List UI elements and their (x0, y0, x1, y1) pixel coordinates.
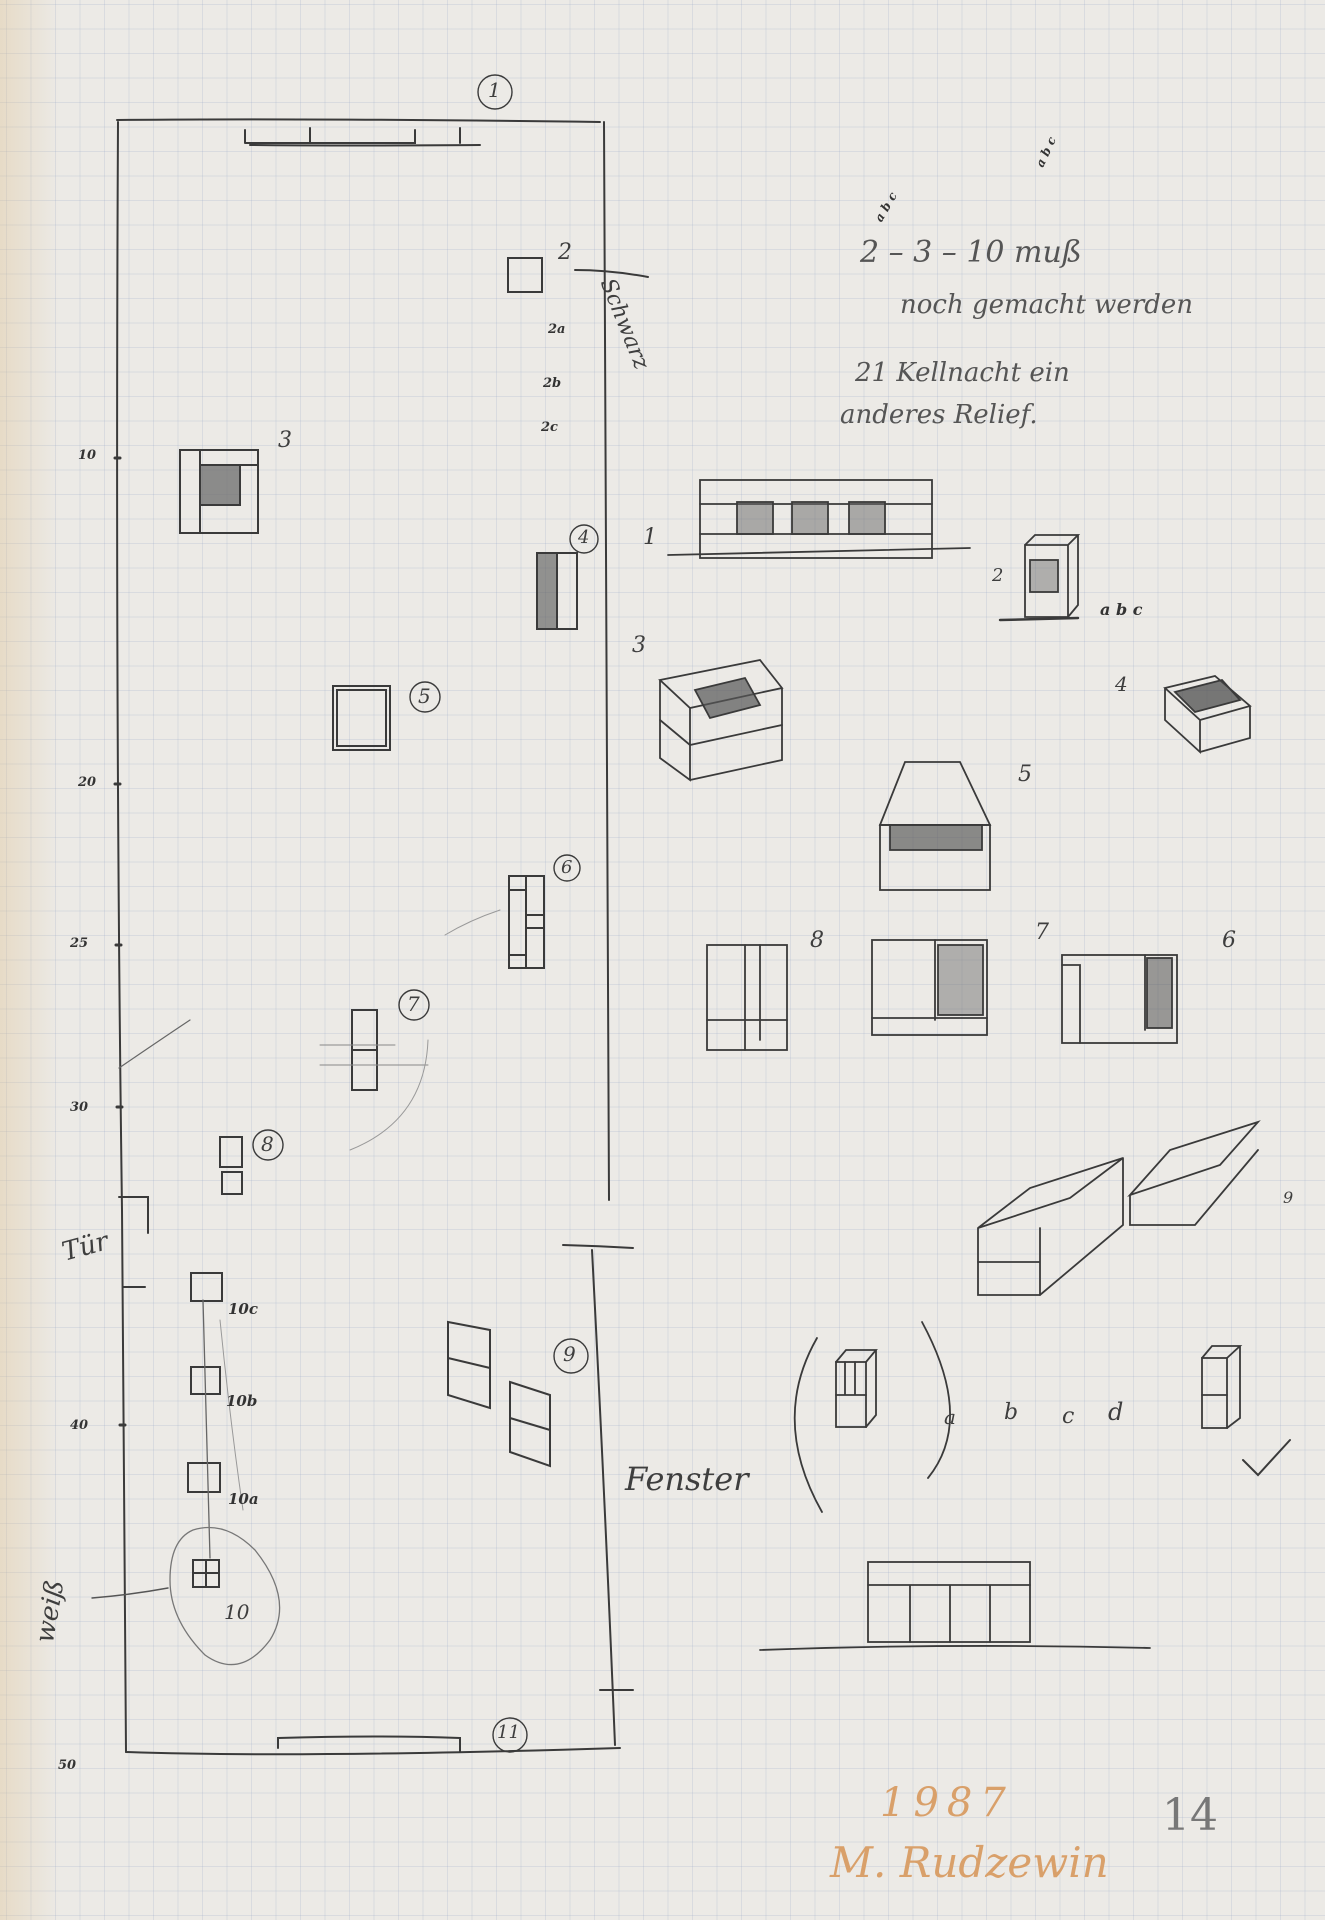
plan-label-2a: 2a (548, 322, 565, 337)
sketch-label-5: 5 (1018, 762, 1032, 787)
plan-label-5: 5 (418, 684, 431, 708)
sketch-label-1: 1 (643, 525, 657, 550)
plan-label-10b: 10b (226, 1392, 257, 1410)
plan-label-6: 6 (561, 857, 572, 878)
note-line-2: noch gemacht werden (900, 290, 1193, 320)
signature-name: M. Rudzewin (830, 1838, 1109, 1887)
right-wall-lower (592, 1250, 615, 1745)
scale-mark-20: 20 (78, 775, 96, 790)
sketch-label-3: 3 (632, 633, 646, 658)
sketch-variant-b: b (1004, 1400, 1018, 1425)
note-line-3: 21 Kellnacht ein (855, 358, 1070, 388)
plan-label-2c: 2c (541, 420, 558, 435)
scale-mark-50: 50 (58, 1758, 76, 1773)
floor-plan-drawing (0, 0, 1325, 1920)
scale-mark-40: 40 (70, 1418, 88, 1433)
plan-label-7: 7 (407, 992, 420, 1016)
sketch-label-6: 6 (1222, 928, 1236, 953)
wall-label-fenster: Fenster (625, 1460, 749, 1498)
plan-label-2b: 2b (543, 376, 561, 391)
plan-label-10c: 10c (228, 1300, 258, 1318)
scale-mark-10: 10 (78, 448, 96, 463)
note-line-1: 2 – 3 – 10 muß (860, 235, 1082, 270)
plan-label-4: 4 (578, 527, 589, 548)
sketch-label-7: 7 (1035, 920, 1049, 945)
plan-label-3: 3 (278, 428, 292, 453)
note-line-4: anderes Relief. (840, 400, 1038, 430)
plan-label-8: 8 (261, 1132, 274, 1156)
bottom-wall (126, 1748, 620, 1754)
plan-label-1: 1 (488, 78, 501, 102)
plan-label-2: 2 (558, 240, 572, 265)
signature-year: 1987 (880, 1780, 1014, 1826)
sketch-variant-a: a (944, 1405, 956, 1429)
sketch-variant-c: c (1062, 1404, 1074, 1429)
sketch-variant-d: d (1108, 1398, 1123, 1426)
scale-mark-30: 30 (70, 1100, 88, 1115)
sketch-label-4: 4 (1115, 672, 1128, 696)
left-wall (117, 122, 126, 1752)
sketch-2-variants: a b c (1100, 600, 1142, 619)
plan-label-10: 10 (224, 1600, 249, 1624)
sketch-label-8: 8 (810, 928, 824, 953)
plan-label-9: 9 (563, 1342, 576, 1366)
plan-label-10a: 10a (228, 1490, 259, 1508)
scale-mark-25: 25 (70, 936, 88, 951)
sketch-label-2: 2 (992, 565, 1003, 586)
plan-label-11: 11 (497, 1722, 520, 1743)
top-wall (117, 119, 600, 122)
sketch-label-9: 9 (1283, 1188, 1293, 1207)
page-number: 14 (1162, 1790, 1218, 1841)
